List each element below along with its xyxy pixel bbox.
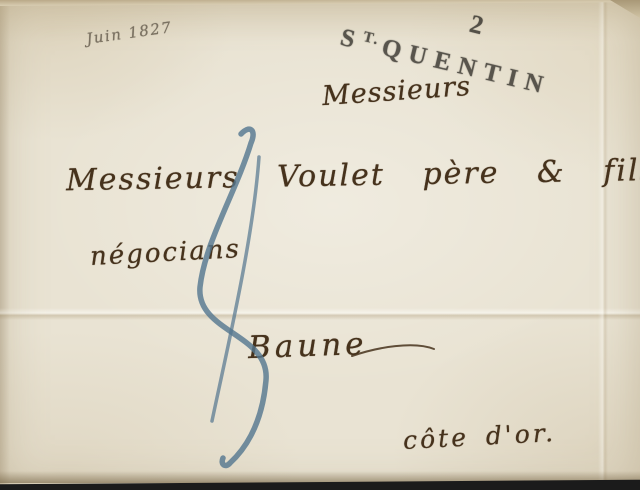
scanned-letter-cover: Juin 1827 2 ST.QUENTIN Messieurs Messieu… (0, 0, 640, 490)
postmark-town-abbrev-superscript: T. (362, 29, 382, 48)
address-line-city: Baune (247, 326, 368, 366)
postmark-town-abbrev: S (338, 24, 366, 55)
